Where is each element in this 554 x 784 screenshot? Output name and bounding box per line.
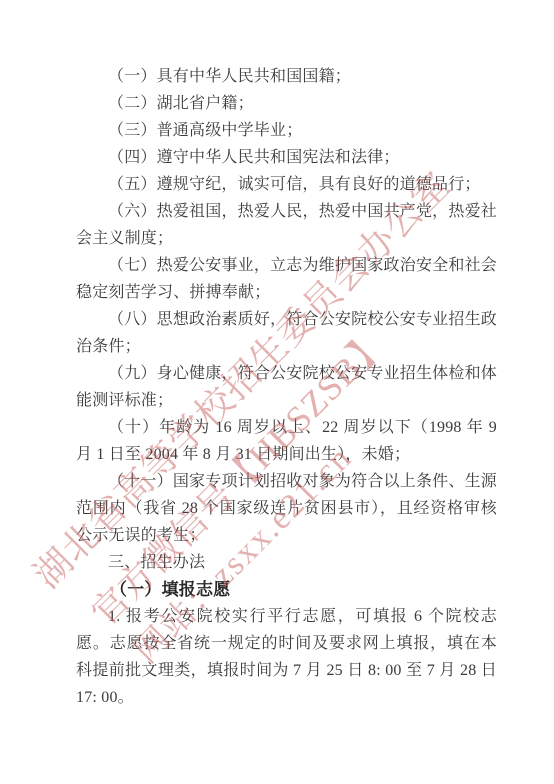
eligibility-item-2: （二）湖北省户籍； <box>76 90 497 117</box>
eligibility-item-4: （四）遵守中华人民共和国宪法和法律； <box>76 144 497 171</box>
eligibility-item-9: （九）身心健康，符合公安院校公安专业招生体检和体能测评标准； <box>76 360 497 414</box>
eligibility-item-11: （十一）国家专项计划招收对象为符合以上条件、生源范围内（我省 28 个国家级连片… <box>76 468 497 549</box>
eligibility-item-10: （十）年龄为 16 周岁以上、22 周岁以下（1998 年 9 月 1 日至 2… <box>76 414 497 468</box>
eligibility-item-5: （五）遵规守纪，诚实可信，具有良好的道德品行； <box>76 171 497 198</box>
eligibility-item-8: （八）思想政治素质好，符合公安院校公安专业招生政治条件； <box>76 306 497 360</box>
eligibility-item-3: （三）普通高级中学毕业； <box>76 117 497 144</box>
document-text-block: （一）具有中华人民共和国国籍； （二）湖北省户籍； （三）普通高级中学毕业； （… <box>76 63 497 711</box>
eligibility-item-1: （一）具有中华人民共和国国籍； <box>76 63 497 90</box>
document-page: （一）具有中华人民共和国国籍； （二）湖北省户籍； （三）普通高级中学毕业； （… <box>0 0 554 784</box>
eligibility-item-7: （七）热爱公安事业，立志为维护国家政治安全和社会稳定刻苦学习、拼搏奉献； <box>76 252 497 306</box>
subsection-heading-volunteer-filling: （一）填报志愿 <box>76 576 497 603</box>
section-heading-recruitment-method: 三、招生办法 <box>76 549 497 576</box>
eligibility-item-6: （六）热爱祖国，热爱人民，热爱中国共产党，热爱社会主义制度； <box>76 198 497 252</box>
volunteer-filling-paragraph: 1. 报考公安院校实行平行志愿，可填报 6 个院校志愿。志愿按全省统一规定的时间… <box>76 603 497 711</box>
